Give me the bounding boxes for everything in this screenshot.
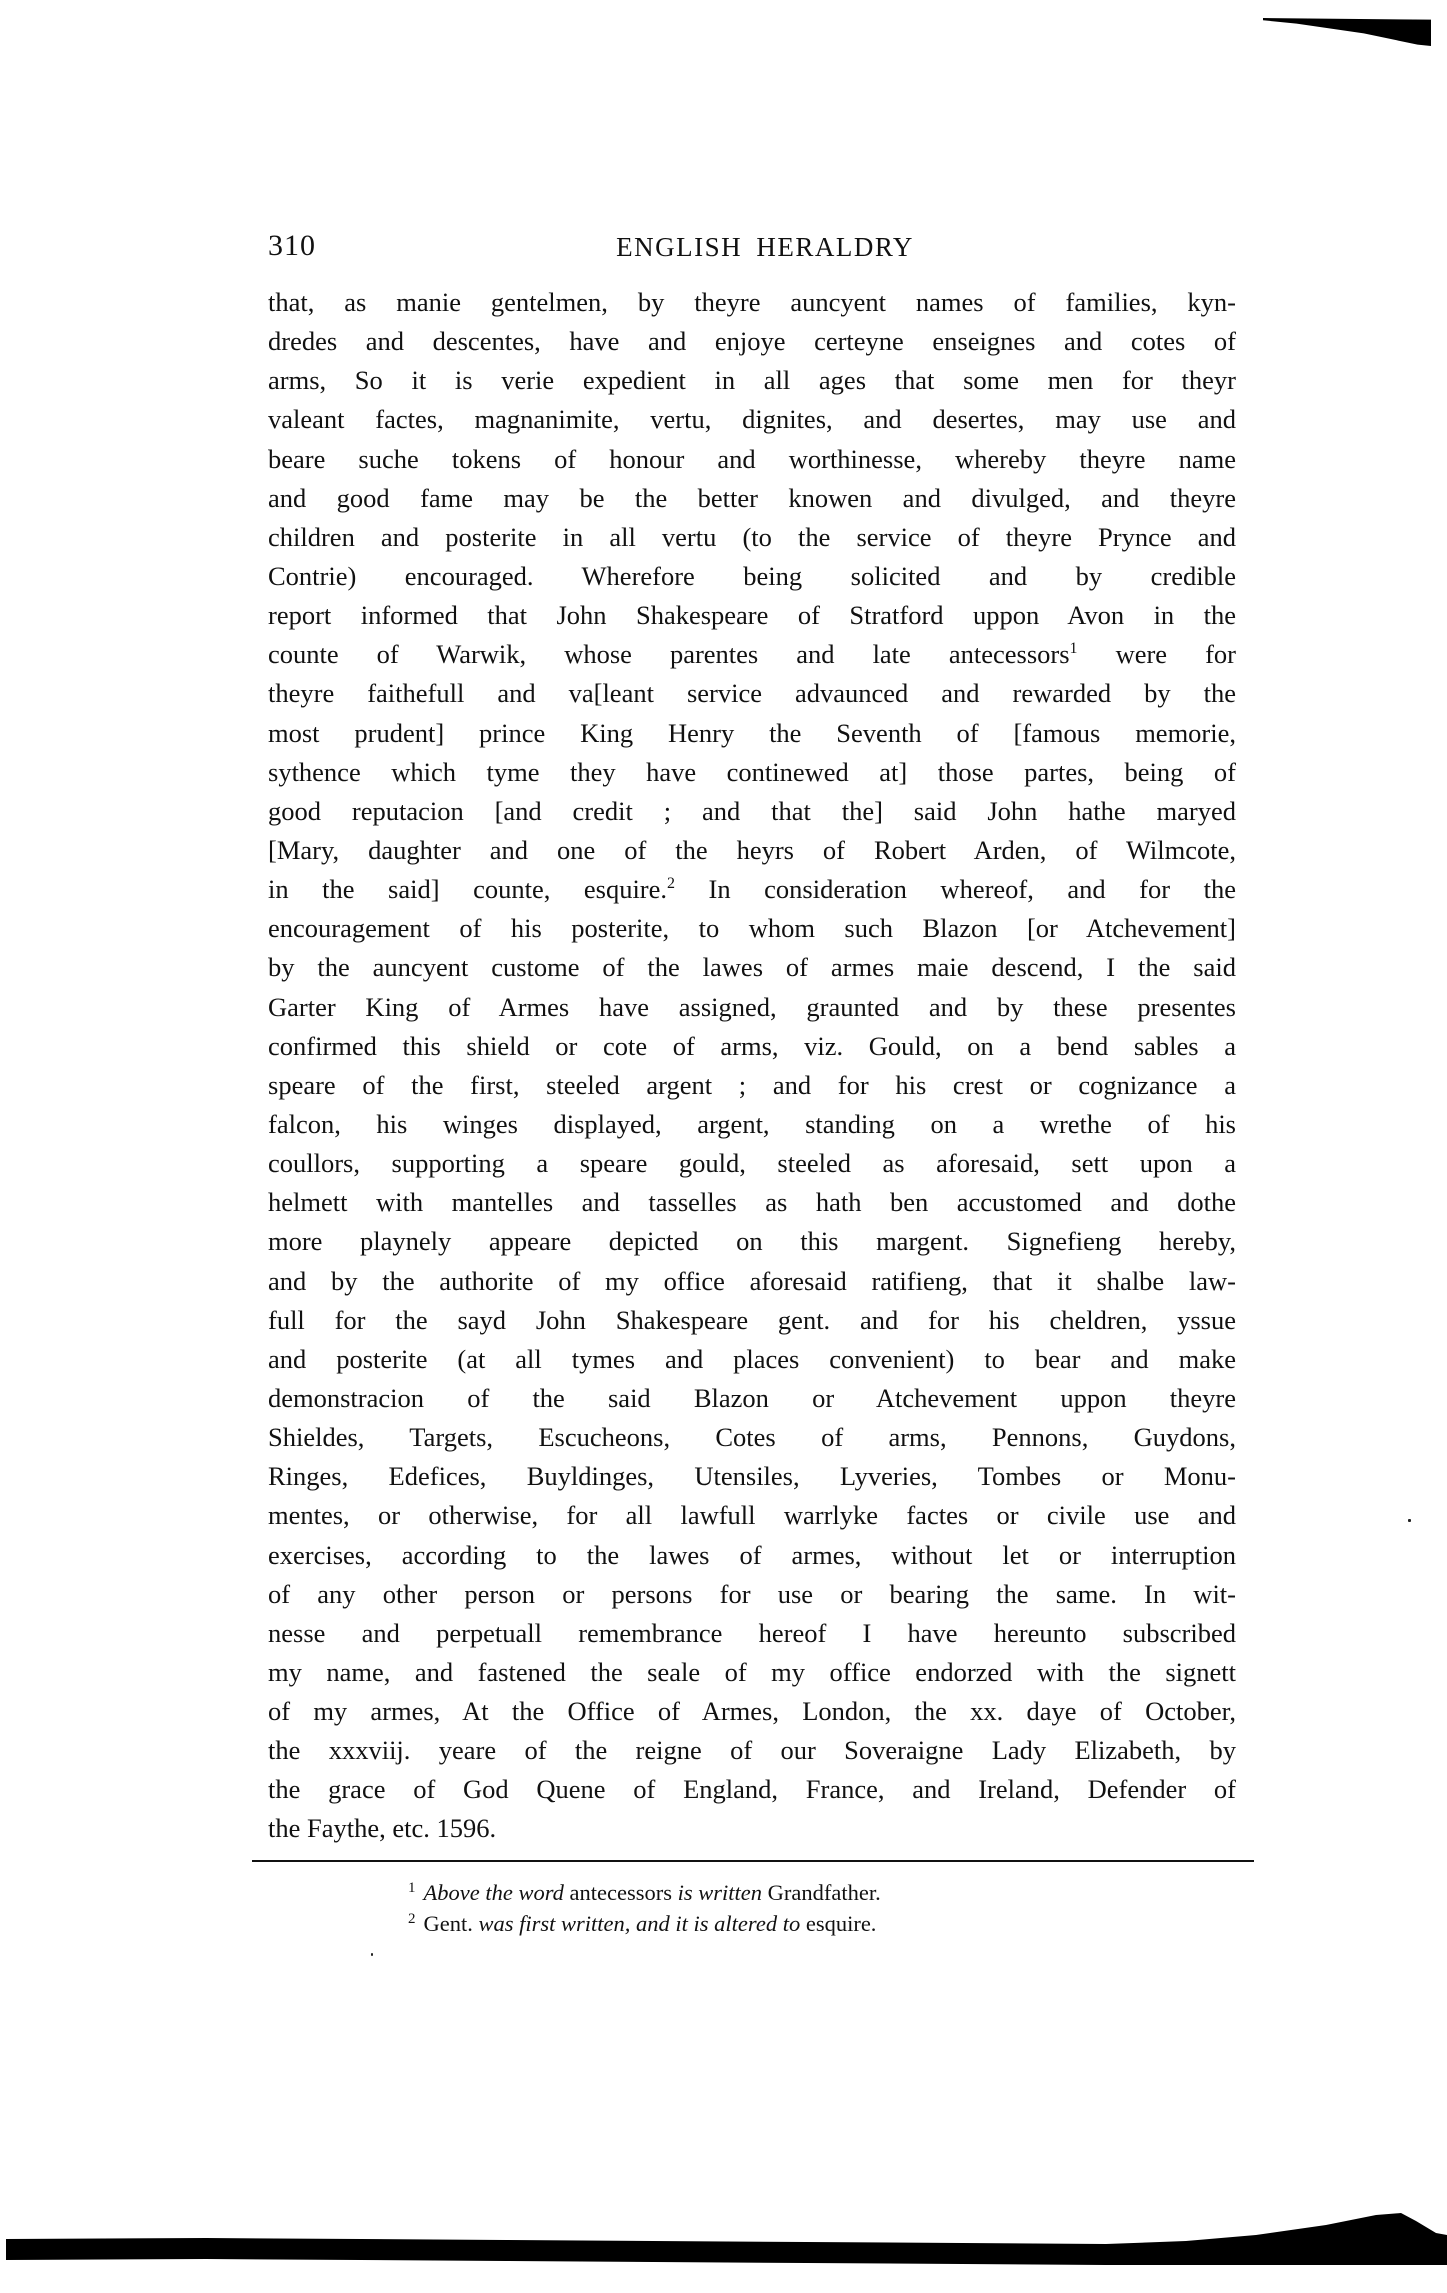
body-line: report informed that John Shakespeare of… — [268, 596, 1236, 635]
body-line: helmett with mantelles and tasselles as … — [268, 1183, 1236, 1222]
body-line: my name, and fastened the seale of my of… — [268, 1653, 1236, 1692]
body-line: counte of Warwik, whose parentes and lat… — [268, 635, 1236, 674]
body-line: children and posterite in all vertu (to … — [268, 518, 1236, 557]
footnote-reference[interactable]: 2 — [667, 875, 675, 892]
body-line: exercises, according to the lawes of arm… — [268, 1536, 1236, 1575]
body-line: beare suche tokens of honour and worthin… — [268, 440, 1236, 479]
body-line: mentes, or otherwise, for all lawfull wa… — [268, 1496, 1236, 1535]
body-line: and posterite (at all tymes and places c… — [268, 1340, 1236, 1379]
footnote-reference[interactable]: 1 — [1070, 640, 1078, 657]
footnote-text: antecessors — [564, 1880, 678, 1905]
body-line: speare of the first, steeled argent ; an… — [268, 1066, 1236, 1105]
body-text: that, as manie gentelmen, by theyre aunc… — [268, 283, 1236, 1849]
footnote-number: 1 — [408, 1880, 416, 1896]
body-line: that, as manie gentelmen, by theyre aunc… — [268, 283, 1236, 322]
body-line: more playnely appeare depicted on this m… — [268, 1222, 1236, 1261]
running-head: ENGLISH HERALDRY — [560, 229, 970, 265]
body-line: encouragement of his posterite, to whom … — [268, 909, 1236, 948]
body-line: [Mary, daughter and one of the heyrs of … — [268, 831, 1236, 870]
body-line: the xxxviij. yeare of the reigne of our … — [268, 1731, 1236, 1770]
page-number: 310 — [268, 228, 316, 264]
body-line: most prudent] prince King Henry the Seve… — [268, 714, 1236, 753]
body-line: in the said] counte, esquire.2 In consid… — [268, 870, 1236, 909]
footnote-text: was first written, and it is altered to — [479, 1911, 801, 1936]
body-line: good reputacion [and credit ; and that t… — [268, 792, 1236, 831]
body-line: Shieldes, Targets, Escucheons, Cotes of … — [268, 1418, 1236, 1457]
footnotes: 1Above the word antecessors is written G… — [408, 1877, 881, 1939]
footnote-1: 1Above the word antecessors is written G… — [408, 1877, 881, 1908]
scan-speck — [371, 1953, 373, 1956]
body-line: theyre faithefull and va[leant service a… — [268, 674, 1236, 713]
body-line: Ringes, Edefices, Buyldinges, Utensiles,… — [268, 1457, 1236, 1496]
footnote-text: Above the word — [424, 1880, 564, 1905]
footnote-text: Gent. — [424, 1911, 479, 1936]
body-line: demonstracion of the said Blazon or Atch… — [268, 1379, 1236, 1418]
body-line-text: counte of Warwik, whose parentes and lat… — [268, 639, 1070, 669]
body-line: by the auncyent custome of the lawes of … — [268, 948, 1236, 987]
scan-edge-artifact-top — [1263, 18, 1431, 46]
body-line: Garter King of Armes have assigned, grau… — [268, 988, 1236, 1027]
body-line-text: in the said] counte, esquire. — [268, 874, 667, 904]
footnote-number: 2 — [408, 1911, 416, 1927]
body-line: valeant factes, magnanimite, vertu, dign… — [268, 400, 1236, 439]
body-line: nesse and perpetuall remembrance hereof … — [268, 1614, 1236, 1653]
body-line: falcon, his winges displayed, argent, st… — [268, 1105, 1236, 1144]
footnote-rule — [252, 1860, 1254, 1862]
body-line: of any other person or persons for use o… — [268, 1575, 1236, 1614]
body-line: and good fame may be the better knowen a… — [268, 479, 1236, 518]
body-line-text: were for — [1078, 639, 1236, 669]
body-line: Contrie) encouraged. Wherefore being sol… — [268, 557, 1236, 596]
scan-edge-artifact-bottom — [6, 2213, 1447, 2265]
footnote-text: is written — [678, 1880, 762, 1905]
body-line: coullors, supporting a speare gould, ste… — [268, 1144, 1236, 1183]
scan-speck — [1408, 1519, 1411, 1522]
body-line: arms, So it is verie expedient in all ag… — [268, 361, 1236, 400]
body-line: confirmed this shield or cote of arms, v… — [268, 1027, 1236, 1066]
body-line: the grace of God Quene of England, Franc… — [268, 1770, 1236, 1809]
body-line: and by the authorite of my office afores… — [268, 1262, 1236, 1301]
body-line: dredes and descentes, have and enjoye ce… — [268, 322, 1236, 361]
footnote-text: esquire. — [800, 1911, 876, 1936]
body-line: of my armes, At the Office of Armes, Lon… — [268, 1692, 1236, 1731]
body-line: full for the sayd John Shakespeare gent.… — [268, 1301, 1236, 1340]
footnote-2: 2Gent. was first written, and it is alte… — [408, 1908, 881, 1939]
body-line: the Faythe, etc. 1596. — [268, 1809, 1236, 1848]
body-line: sythence which tyme they have continewed… — [268, 753, 1236, 792]
footnote-text: Grandfather. — [762, 1880, 881, 1905]
body-line-text: In consideration whereof, and for the — [675, 874, 1236, 904]
